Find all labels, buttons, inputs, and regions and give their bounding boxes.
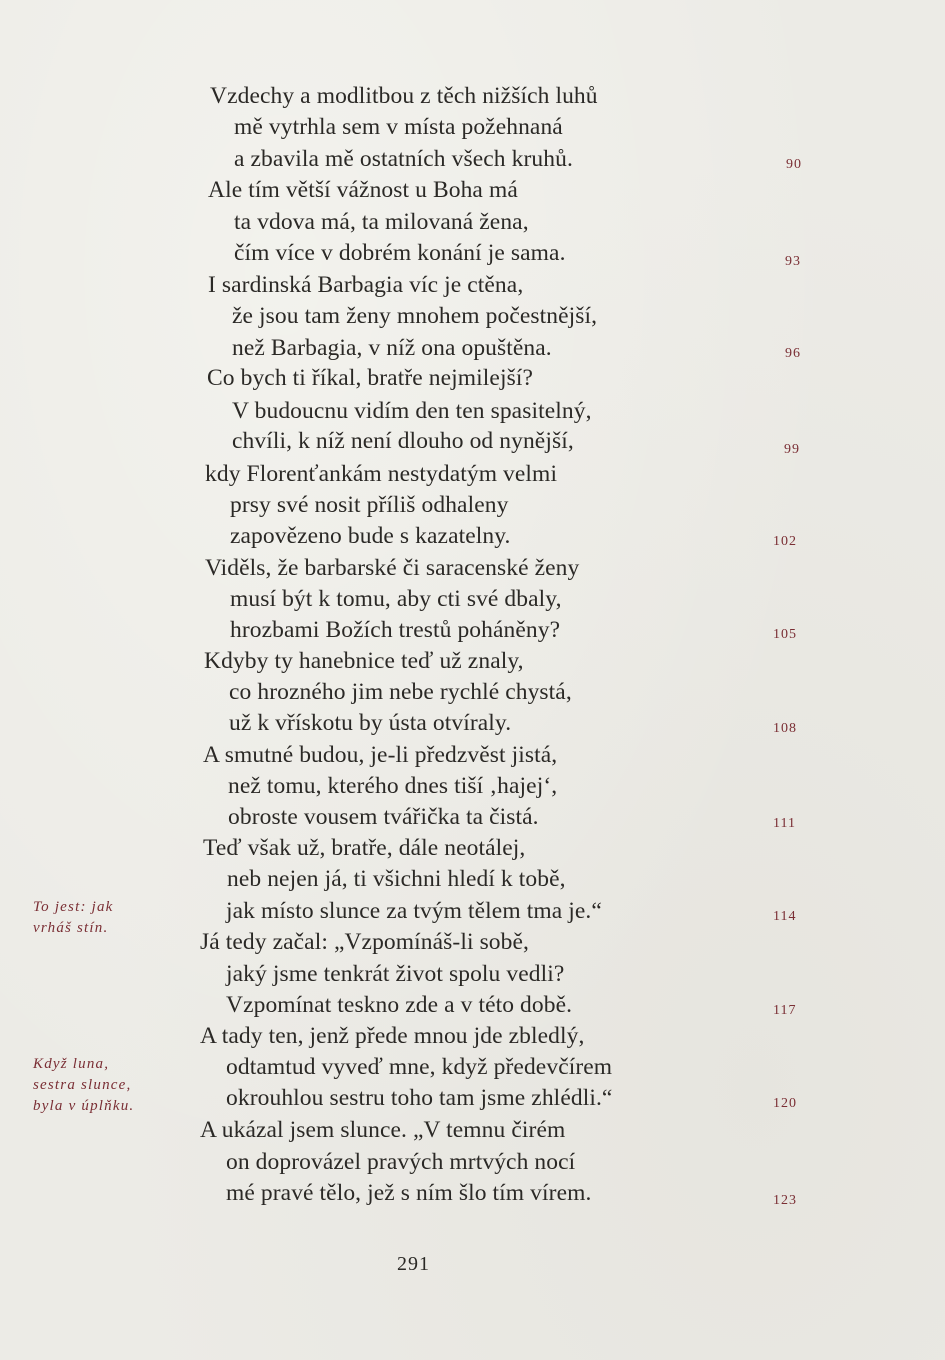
- verse-line: co hrozného jim nebe rychlé chystá,: [229, 677, 572, 707]
- margin-note-line: To jest: jak: [33, 897, 114, 918]
- verse-line: chvíli, k níž není dlouho od nynější,: [232, 426, 574, 456]
- margin-note: To jest: jak vrháš stín.: [33, 897, 114, 939]
- verse-line: okrouhlou sestru toho tam jsme zhlédli.“: [226, 1083, 612, 1113]
- verse-line: a zbavila mě ostatních všech kruhů.: [234, 144, 573, 174]
- verse-line: Vzpomínat teskno zde a v této době.: [226, 990, 572, 1020]
- verse-line: Já tedy začal: „Vzpomínáš-li sobě,: [200, 927, 529, 957]
- line-number: 99: [784, 441, 800, 459]
- book-page: Vzdechy a modlitbou z těch nižších luhů …: [0, 0, 945, 1360]
- verse-line: I sardinská Barbagia víc je ctěna,: [208, 270, 523, 300]
- verse-line: mé pravé tělo, jež s ním šlo tím vírem.: [226, 1178, 591, 1208]
- line-number: 114: [773, 908, 796, 926]
- verse-line: jaký jsme tenkrát život spolu vedli?: [226, 959, 564, 989]
- verse-line: už k vřískotu by ústa otvíraly.: [229, 708, 511, 738]
- verse-line: neb nejen já, ti všichni hledí k tobě,: [227, 864, 566, 894]
- line-number: 90: [786, 156, 802, 174]
- line-number: 93: [785, 253, 801, 271]
- verse-line: A ukázal jsem slunce. „V temnu čirém: [200, 1115, 565, 1145]
- margin-note-line: Když luna,: [33, 1054, 134, 1075]
- line-number: 102: [773, 533, 797, 551]
- line-number: 96: [785, 345, 801, 363]
- verse-line: A tady ten, jenž přede mnou jde zbledlý,: [200, 1021, 584, 1051]
- line-number: 105: [773, 626, 797, 644]
- verse-line: kdy Florenťankám nestydatým velmi: [205, 459, 557, 489]
- verse-line: ta vdova má, ta milovaná žena,: [234, 207, 529, 237]
- verse-line: A smutné budou, je-li předzvěst jistá,: [203, 740, 557, 770]
- line-number: 108: [773, 720, 797, 738]
- verse-line: Ale tím větší vážnost u Boha má: [208, 175, 518, 205]
- line-number: 123: [773, 1192, 797, 1210]
- page-number: 291: [397, 1253, 430, 1276]
- verse-line: Vzdechy a modlitbou z těch nižších luhů: [210, 81, 598, 111]
- verse-line: Teď však už, bratře, dále neotálej,: [203, 833, 525, 863]
- verse-line: než Barbagia, v níž ona opuštěna.: [232, 333, 552, 363]
- margin-note: Když luna, sestra slunce, byla v úplňku.: [33, 1054, 134, 1117]
- verse-line: Viděls, že barbarské či saracenské ženy: [205, 553, 579, 583]
- verse-line: odtamtud vyveď mne, když předevčírem: [226, 1052, 612, 1082]
- verse-line: Kdyby ty hanebnice teď už znaly,: [204, 646, 524, 676]
- verse-line: prsy své nosit příliš odhaleny: [230, 490, 508, 520]
- verse-line: mě vytrhla sem v místa požehnaná: [234, 112, 563, 142]
- verse-line: jak místo slunce za tvým tělem tma je.“: [226, 896, 602, 926]
- margin-note-line: byla v úplňku.: [33, 1096, 134, 1117]
- verse-line: hrozbami Božích trestů poháněny?: [230, 615, 560, 645]
- margin-note-line: sestra slunce,: [33, 1075, 134, 1096]
- verse-line: obroste vousem tvářička ta čistá.: [228, 802, 539, 832]
- line-number: 120: [773, 1095, 797, 1113]
- verse-line: on doprovázel pravých mrtvých nocí: [226, 1147, 575, 1177]
- verse-line: musí být k tomu, aby cti své dbaly,: [230, 584, 562, 614]
- verse-line: než tomu, kterého dnes tiší ‚hajej‘,: [228, 771, 557, 801]
- verse-line: zapovězeno bude s kazatelny.: [230, 521, 511, 551]
- line-number: 111: [773, 815, 796, 833]
- margin-note-line: vrháš stín.: [33, 918, 114, 939]
- verse-line: čím více v dobrém konání je sama.: [234, 238, 566, 268]
- verse-line: že jsou tam ženy mnohem počestnější,: [232, 301, 597, 331]
- verse-line: V budoucnu vidím den ten spasitelný,: [232, 396, 592, 426]
- line-number: 117: [773, 1002, 796, 1020]
- verse-line: Co bych ti říkal, bratře nejmilejší?: [207, 363, 533, 393]
